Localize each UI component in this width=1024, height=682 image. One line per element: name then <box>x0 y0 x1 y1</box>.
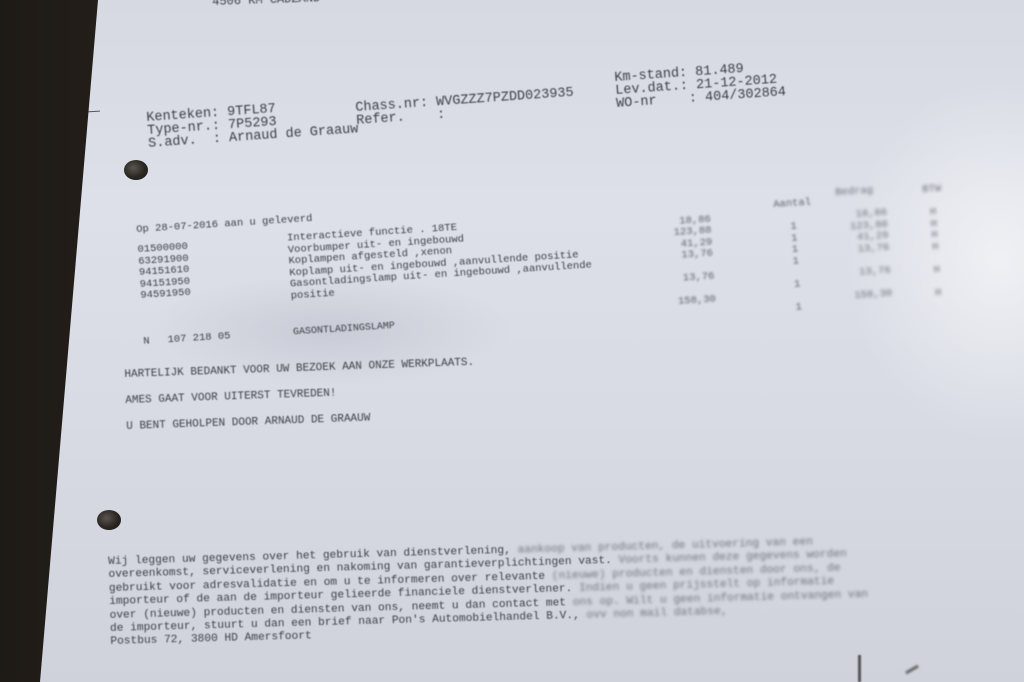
item-code: 94591950 <box>140 288 191 303</box>
invoice-paper: 4506 KM CADZAND Kenteken: 9TFL87 Type-nr… <box>0 0 1024 682</box>
part-prefix: N <box>143 335 150 347</box>
part-amount: 158,30 <box>841 288 892 303</box>
item-descriptions-column: Interactieve functie . 18TEVoorbumper ui… <box>287 215 593 303</box>
item-codes-column: 0150000063291900941516109415195094591950 <box>137 242 191 303</box>
chassis-value: WVGZZZ7PZDD023935 <box>436 86 574 111</box>
privacy-notice: Wij leggen uw gegevens over het gebruik … <box>108 535 869 650</box>
part-description: GASONTLADINGSLAMP <box>293 321 396 339</box>
work-order-label: WO-nr <box>616 94 657 112</box>
punch-hole-bottom <box>97 510 121 530</box>
part-number: 107 218 05 <box>167 330 231 346</box>
line-items-block: Op 28-07-2016 aan u geleverd 01500000632… <box>136 223 166 293</box>
part-unit-price: 158,30 <box>678 294 716 308</box>
mileage-info-block: Km-stand: 81.489 Lev.dat.: 21-12-2012 WO… <box>614 60 786 111</box>
service-advisor-label: S.adv. <box>148 134 198 152</box>
part-vat-code: H <box>928 287 948 300</box>
amount-column: Bedrag 18,86123,8841,2913,76 13,76 158,3… <box>835 185 893 303</box>
punch-hole-top <box>124 160 148 180</box>
part-quantity: 1 <box>779 301 817 315</box>
pen-mark <box>858 655 861 682</box>
thank-you-block: HARTELIJK BEDANKT VOOR UW BEZOEK AAN ONZ… <box>124 350 476 440</box>
part-line: N107 218 05GASONTLADINGSLAMP <box>143 331 231 348</box>
vehicle-info-block: Kenteken: 9TFL87 Type-nr.: 7P5293 S.adv.… <box>146 97 359 151</box>
address-line: 4506 KM CADZAND <box>212 0 320 9</box>
pen-mark-2 <box>905 665 919 675</box>
vat-column: BTW HHHH H H <box>922 184 948 300</box>
reference-label: Refer. <box>356 111 406 129</box>
chassis-info-block: Chass.nr: WVGZZZ7PZDD023935 Refer. : <box>355 87 575 128</box>
quantity-column: Aantal 1111 1 1 <box>773 198 818 315</box>
unit-price-column: 18,86123,8841,2913,76 13,76 158,30 <box>672 203 716 309</box>
privacy-text-blurred: ovv non mail databse, <box>586 606 727 622</box>
reference-value: : <box>437 108 446 124</box>
